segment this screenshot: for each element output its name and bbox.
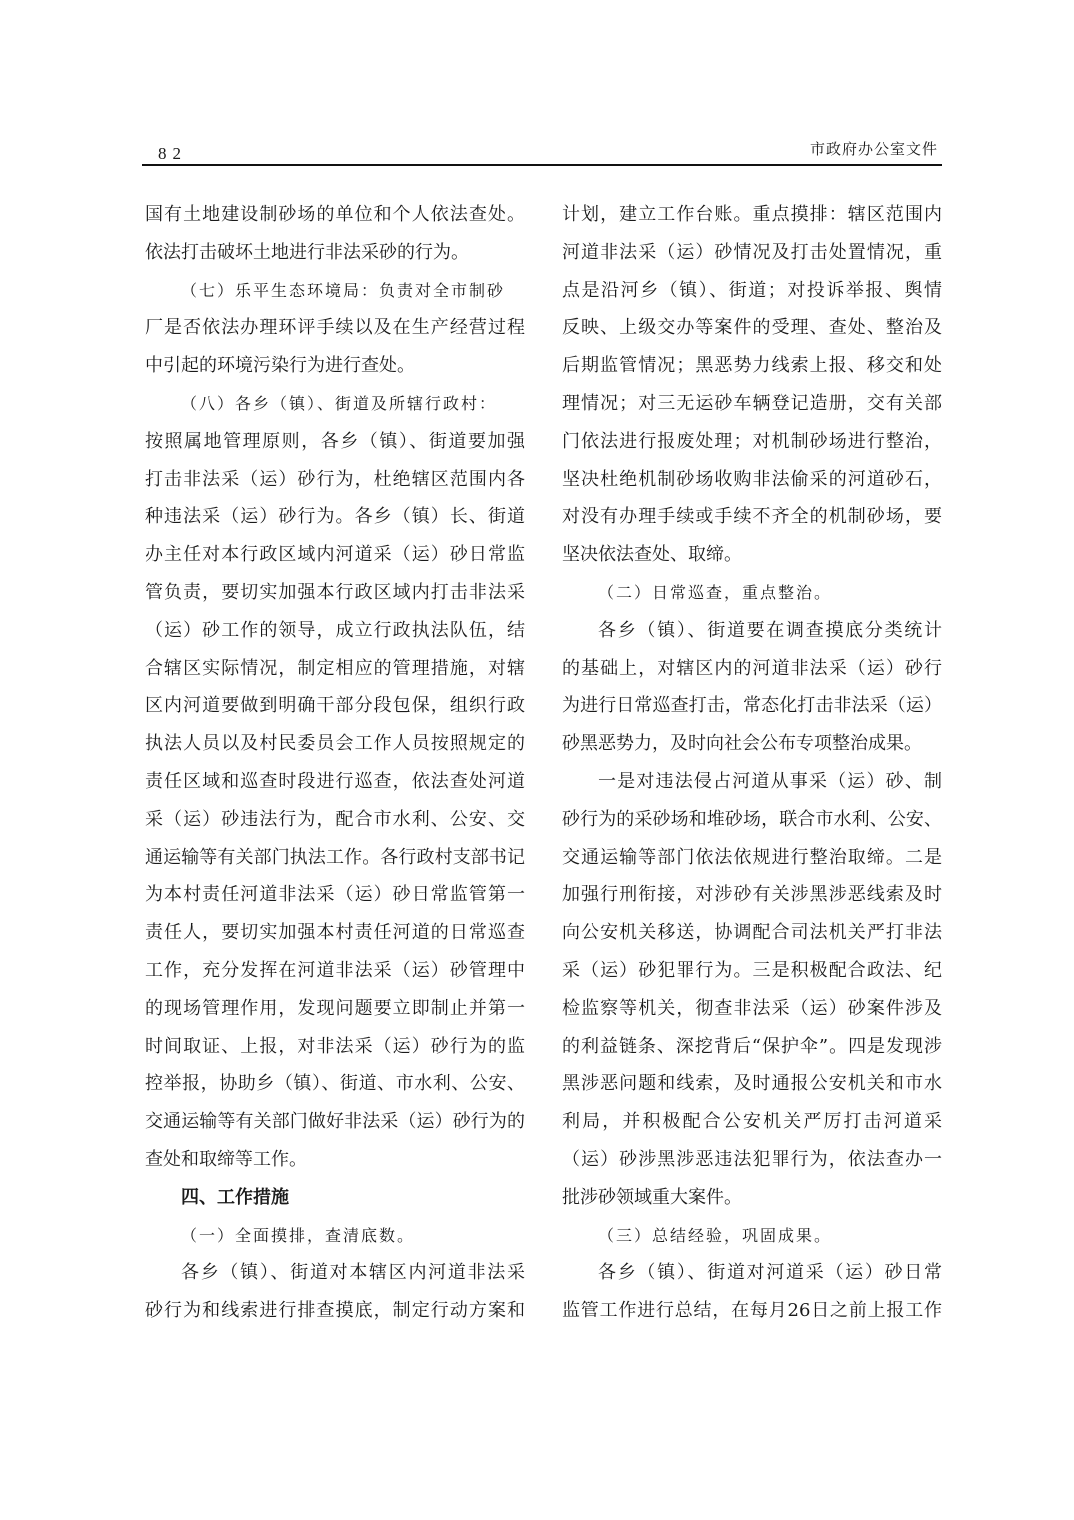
paragraph-line: 后期监管情况；黑恶势力线索上报、移交和处 bbox=[562, 347, 942, 385]
paragraph-line: 通运输等有关部门执法工作。各行政村支部书记 bbox=[145, 839, 525, 877]
paragraph-line: 各乡（镇）、街道对河道采（运）砂日常 bbox=[562, 1254, 942, 1292]
paragraph-line: 监管工作进行总结，在每月26日之前上报工作 bbox=[562, 1292, 942, 1330]
paragraph-line: 黑涉恶问题和线索，及时通报公安机关和市水 bbox=[562, 1065, 942, 1103]
paragraph-line: 检监察等机关，彻查非法采（运）砂案件涉及 bbox=[562, 990, 942, 1028]
paragraph-line: 中引起的环境污染行为进行查处。 bbox=[145, 347, 525, 385]
paragraph-line: 查处和取缔等工作。 bbox=[145, 1141, 525, 1179]
paragraph-line: 的基础上，对辖区内的河道非法采（运）砂行 bbox=[562, 650, 942, 688]
paragraph-line: 为本村责任河道非法采（运）砂日常监管第一 bbox=[145, 876, 525, 914]
header-rule bbox=[142, 164, 942, 166]
paragraph-line: 的利益链条、深挖背后“保护伞”。四是发现涉 bbox=[562, 1028, 942, 1066]
paragraph-line: 计划，建立工作台账。重点摸排：辖区范围内 bbox=[562, 196, 942, 234]
subsection-heading: （一）全面摸排，查清底数。 bbox=[145, 1217, 525, 1255]
paragraph-line: 责任区域和巡查时段进行巡查，依法查处河道 bbox=[145, 763, 525, 801]
paragraph-line: 管负责，要切实加强本行政区域内打击非法采 bbox=[145, 574, 525, 612]
subsection-heading: （三）总结经验，巩固成果。 bbox=[562, 1217, 942, 1255]
subsection-heading: （七）乐平生态环境局：负责对全市制砂 bbox=[145, 272, 525, 310]
paragraph-line: 交通运输等部门依法依规进行整治取缔。二是 bbox=[562, 839, 942, 877]
paragraph-line: 采（运）砂犯罪行为。三是积极配合政法、纪 bbox=[562, 952, 942, 990]
subsection-heading: （八）各乡（镇）、街道及所辖行政村： bbox=[145, 385, 525, 423]
paragraph-line: 打击非法采（运）砂行为，杜绝辖区范围内各 bbox=[145, 461, 525, 499]
paragraph-line: 执法人员以及村民委员会工作人员按照规定的 bbox=[145, 725, 525, 763]
paragraph-line: 为进行日常巡查打击，常态化打击非法采（运） bbox=[562, 687, 942, 725]
paragraph-line: 利局，并积极配合公安机关严厉打击河道采 bbox=[562, 1103, 942, 1141]
paragraph-line: 控举报，协助乡（镇）、街道、市水利、公安、 bbox=[145, 1065, 525, 1103]
paragraph-line: 砂行为和线索进行排查摸底，制定行动方案和 bbox=[145, 1292, 525, 1330]
paragraph-line: 时间取证、上报，对非法采（运）砂行为的监 bbox=[145, 1028, 525, 1066]
paragraph-line: 按照属地管理原则，各乡（镇）、街道要加强 bbox=[145, 423, 525, 461]
paragraph-line: 依法打击破坏土地进行非法采砂的行为。 bbox=[145, 234, 525, 272]
paragraph-line: 坚决杜绝机制砂场收购非法偷采的河道砂石， bbox=[562, 461, 942, 499]
paragraph-line: 的现场管理作用，发现问题要立即制止并第一 bbox=[145, 990, 525, 1028]
paragraph-line: （运）砂涉黑涉恶违法犯罪行为，依法查办一 bbox=[562, 1141, 942, 1179]
paragraph-line: 理情况；对三无运砂车辆登记造册，交有关部 bbox=[562, 385, 942, 423]
paragraph-line: 反映、上级交办等案件的受理、查处、整治及 bbox=[562, 309, 942, 347]
paragraph-line: 坚决依法查处、取缔。 bbox=[562, 536, 942, 574]
paragraph-line: 向公安机关移送，协调配合司法机关严打非法 bbox=[562, 914, 942, 952]
subsection-heading: （二）日常巡查，重点整治。 bbox=[562, 574, 942, 612]
paragraph-line: 各乡（镇）、街道对本辖区内河道非法采 bbox=[145, 1254, 525, 1292]
paragraph-line: 采（运）砂违法行为，配合市水利、公安、交 bbox=[145, 801, 525, 839]
paragraph-line: 种违法采（运）砂行为。各乡（镇）长、街道 bbox=[145, 498, 525, 536]
paragraph-line: 河道非法采（运）砂情况及打击处置情况，重 bbox=[562, 234, 942, 272]
paragraph-line: 加强行刑衔接，对涉砂有关涉黑涉恶线索及时 bbox=[562, 876, 942, 914]
paragraph-line: 厂是否依法办理环评手续以及在生产经营过程 bbox=[145, 309, 525, 347]
paragraph-line: 合辖区实际情况，制定相应的管理措施，对辖 bbox=[145, 650, 525, 688]
paragraph-line: 点是沿河乡（镇）、街道；对投诉举报、舆情 bbox=[562, 272, 942, 310]
paragraph-line: 砂行为的采砂场和堆砂场，联合市水利、公安、 bbox=[562, 801, 942, 839]
paragraph-line: 办主任对本行政区域内河道采（运）砂日常监 bbox=[145, 536, 525, 574]
right-column: 计划，建立工作台账。重点摸排：辖区范围内河道非法采（运）砂情况及打击处置情况，重… bbox=[562, 196, 942, 1330]
paragraph-line: 一是对违法侵占河道从事采（运）砂、制 bbox=[562, 763, 942, 801]
paragraph-line: 区内河道要做到明确干部分段包保，组织行政 bbox=[145, 687, 525, 725]
paragraph-line: 砂黑恶势力，及时向社会公布专项整治成果。 bbox=[562, 725, 942, 763]
document-title: 市政府办公室文件 bbox=[810, 138, 938, 159]
paragraph-line: （运）砂工作的领导，成立行政执法队伍，结 bbox=[145, 612, 525, 650]
paragraph-line: 批涉砂领域重大案件。 bbox=[562, 1179, 942, 1217]
page-header: 82 市政府办公室文件 bbox=[142, 136, 942, 166]
page-number: 82 bbox=[158, 144, 187, 164]
paragraph-line: 国有土地建设制砂场的单位和个人依法查处。 bbox=[145, 196, 525, 234]
left-column: 国有土地建设制砂场的单位和个人依法查处。依法打击破坏土地进行非法采砂的行为。（七… bbox=[145, 196, 525, 1330]
paragraph-line: 对没有办理手续或手续不齐全的机制砂场，要 bbox=[562, 498, 942, 536]
paragraph-line: 工作，充分发挥在河道非法采（运）砂管理中 bbox=[145, 952, 525, 990]
paragraph-line: 责任人，要切实加强本村责任河道的日常巡查 bbox=[145, 914, 525, 952]
section-heading: 四、工作措施 bbox=[145, 1179, 525, 1217]
paragraph-line: 各乡（镇）、街道要在调查摸底分类统计 bbox=[562, 612, 942, 650]
paragraph-line: 交通运输等有关部门做好非法采（运）砂行为的 bbox=[145, 1103, 525, 1141]
paragraph-line: 门依法进行报废处理；对机制砂场进行整治， bbox=[562, 423, 942, 461]
